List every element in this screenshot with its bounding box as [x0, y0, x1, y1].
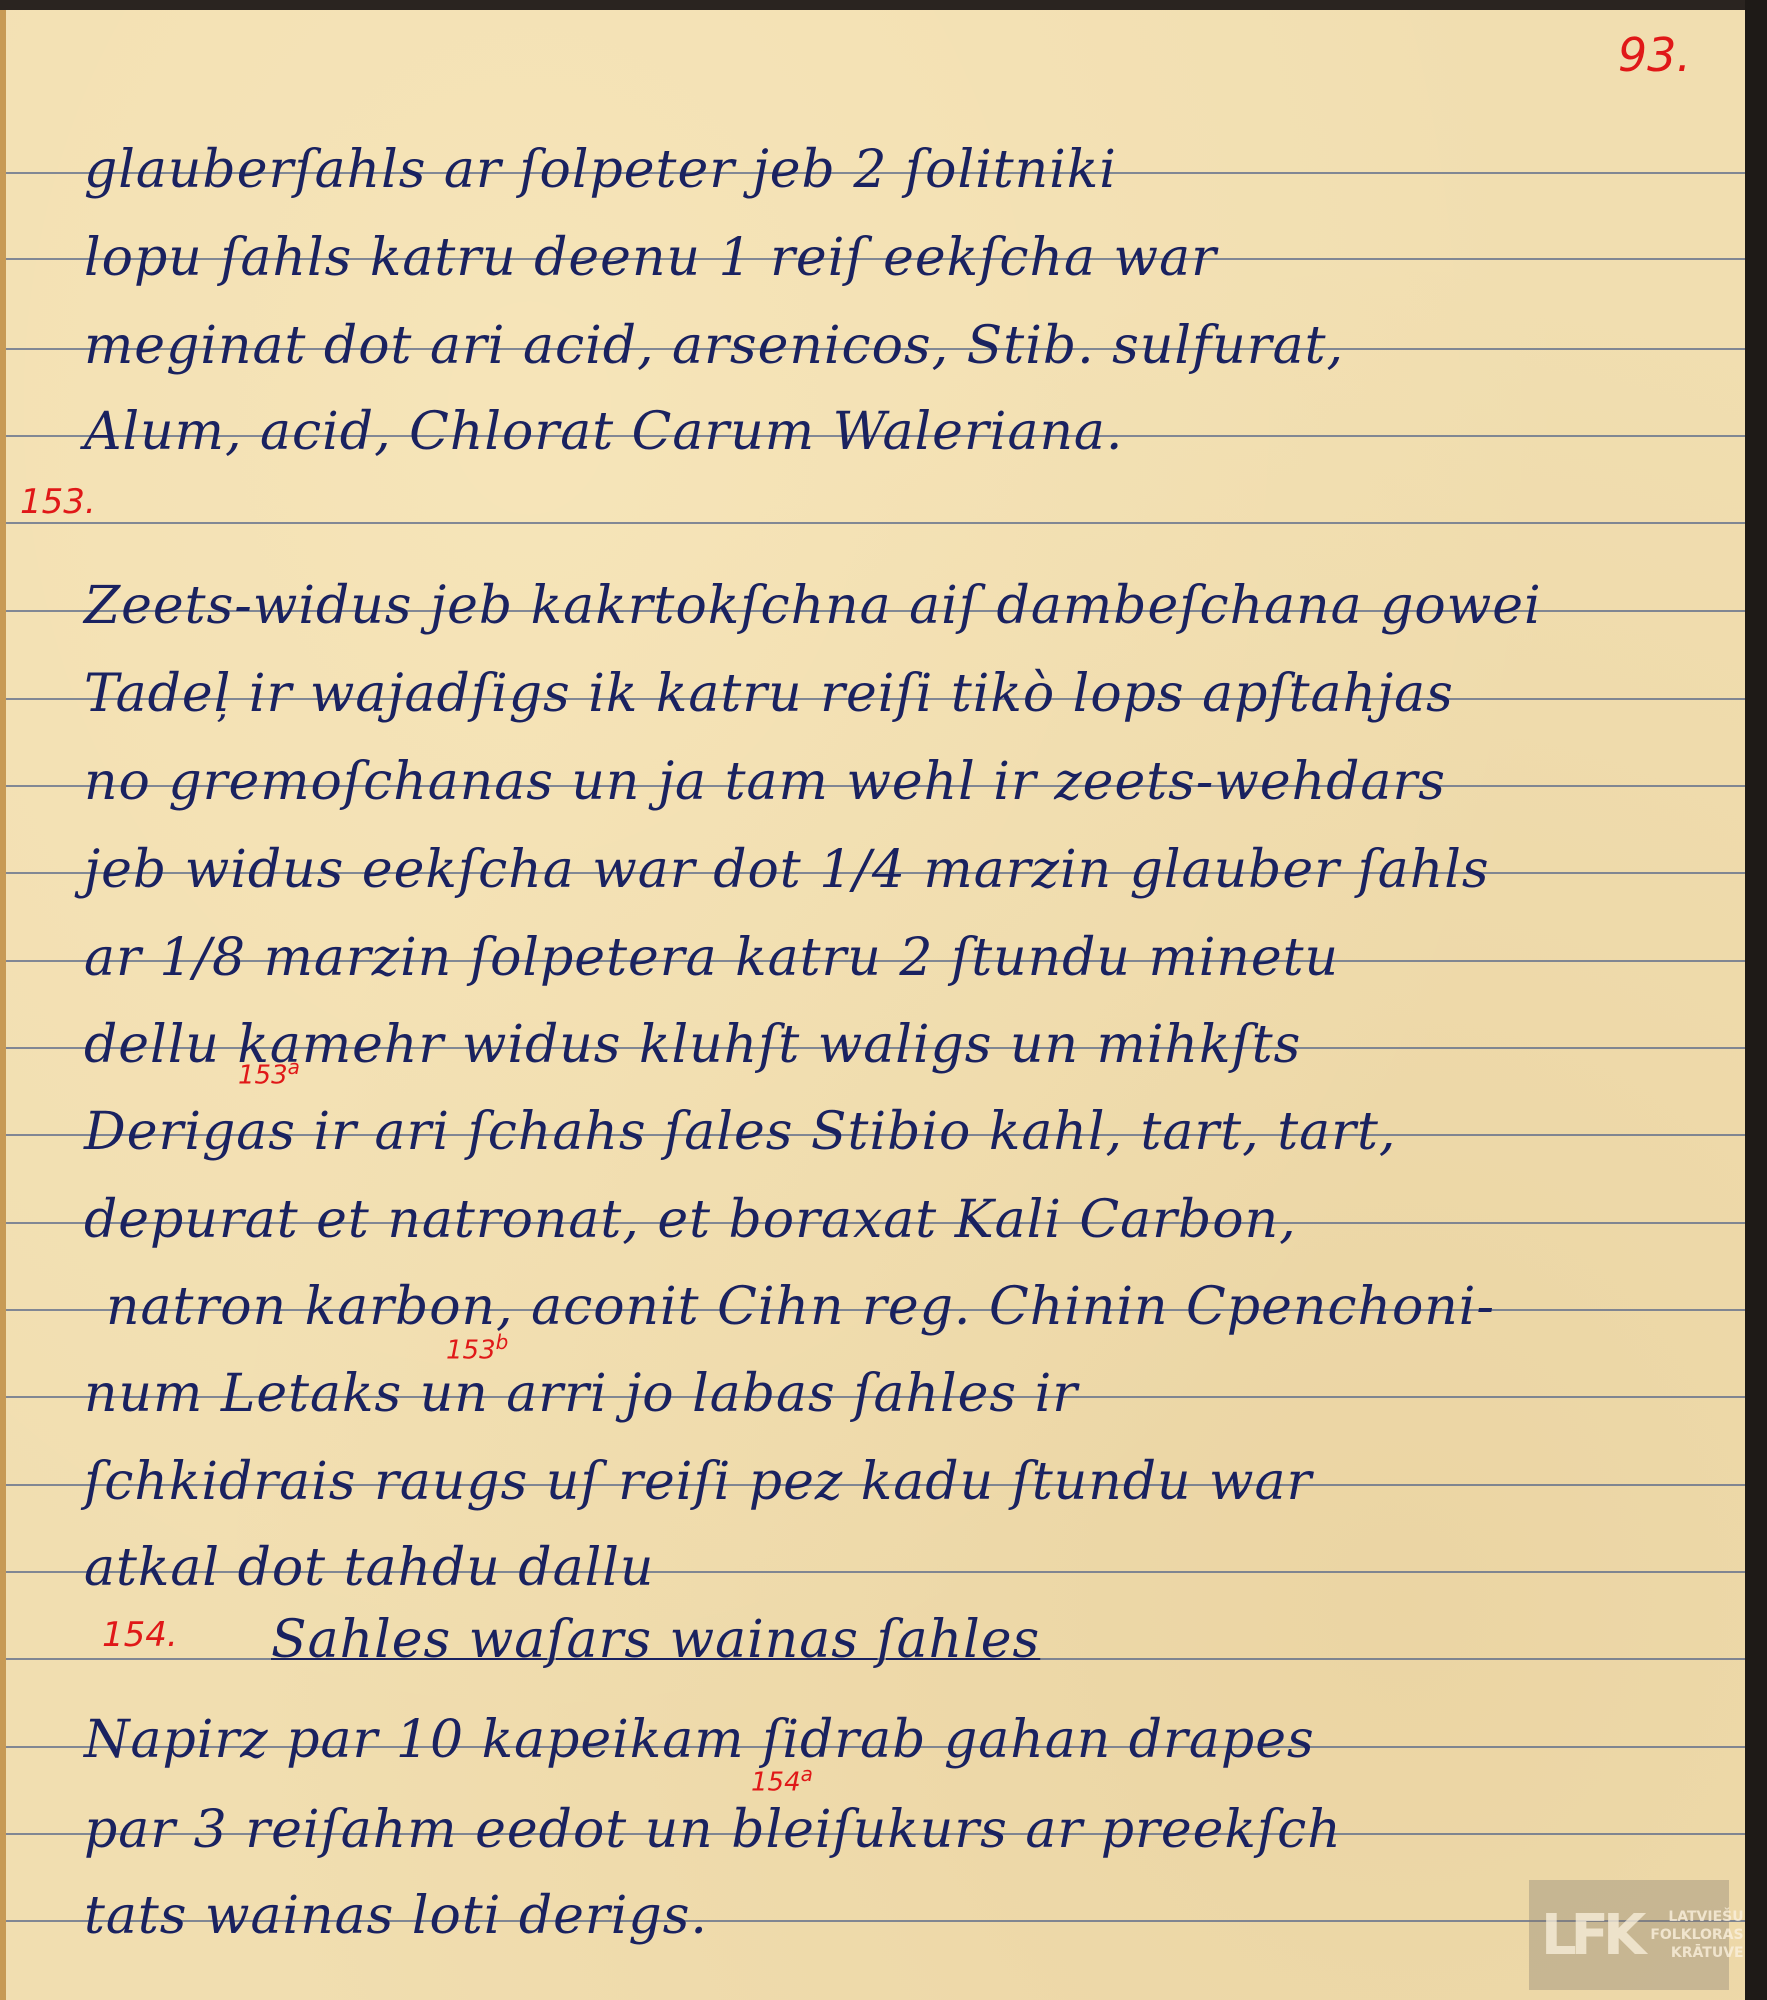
entry-number-154: 154. [102, 1615, 178, 1655]
archive-watermark: LFK LATVIEŠU FOLKLORAS KRĀTUVE [1529, 1880, 1729, 1990]
entry-number-153: 153. [20, 482, 96, 522]
page-number: 93. [1618, 28, 1691, 82]
text-line: tats wainas loti derigs. [84, 1886, 708, 1946]
entry-number-suffix: a [801, 1762, 813, 1786]
text-line: Tadeļ ir wajadſigs ik katru reiſi tikò l… [84, 664, 1454, 724]
archive-logo-icon: LFK [1541, 1903, 1640, 1968]
text-line: depurat et natronat, et boraxat Kali Car… [84, 1190, 1297, 1250]
ruling-line [6, 522, 1751, 524]
entry-number-suffix: a [288, 1055, 300, 1079]
archive-name-line: FOLKLORAS [1650, 1926, 1743, 1944]
text-line: meginat dot ari acid, arsenicos, Stib. s… [84, 316, 1344, 376]
entry-number-153b: 153b [446, 1330, 508, 1366]
text-line: glauberſahls ar ſolpeter jeb 2 ſolitniki [84, 140, 1117, 200]
entry-title: Sahles waſars wainas ſahles [271, 1610, 1040, 1670]
text-line: ar 1/8 marzin ſolpetera katru 2 ſtundu m… [84, 928, 1339, 988]
text-line: jeb widus eekſcha war dot 1/4 marzin gla… [84, 840, 1490, 900]
entry-number-value: 153 [238, 1061, 288, 1091]
text-line: Derigas ir ari ſchahs ſales Stibio kahl,… [84, 1102, 1396, 1162]
entry-number-value: 153 [446, 1336, 496, 1366]
entry-number-value: 154 [751, 1768, 801, 1798]
text-line: par 3 reiſahm eedot un bleiſukurs ar pre… [84, 1800, 1342, 1860]
text-line: natron karbon, aconit Cihn reg. Chinin C… [106, 1277, 1495, 1337]
book-binding [1745, 0, 1767, 2000]
archive-name-line: KRĀTUVE [1650, 1944, 1743, 1962]
text-line: Zeets-widus jeb kakrtokſchna aiſ dambeſc… [84, 576, 1542, 636]
entry-number-153a: 153a [238, 1055, 300, 1091]
text-line: lopu ſahls katru deenu 1 reiſ eekſcha wa… [84, 228, 1217, 288]
archive-name: LATVIEŠU FOLKLORAS KRĀTUVE [1650, 1908, 1743, 1962]
text-line: Alum, acid, Chlorat Carum Waleriana. [84, 402, 1123, 462]
text-line: atkal dot tahdu dallu [84, 1538, 654, 1598]
archive-name-line: LATVIEŠU [1650, 1908, 1743, 1926]
entry-number-suffix: b [496, 1330, 509, 1354]
manuscript-page: 93. glauberſahls ar ſolpeter jeb 2 ſolit… [0, 10, 1751, 2000]
text-line: Napirz par 10 kapeikam ſidrab gahan drap… [84, 1710, 1315, 1770]
text-line: no gremoſchanas un ja tam wehl ir zeets-… [84, 752, 1446, 812]
entry-number-154a: 154a [751, 1762, 813, 1798]
text-line: ſchkidrais raugs uſ reiſi pez kadu ſtund… [84, 1452, 1312, 1512]
text-line: num Letaks un arri jo labas ſahles ir [84, 1364, 1078, 1424]
